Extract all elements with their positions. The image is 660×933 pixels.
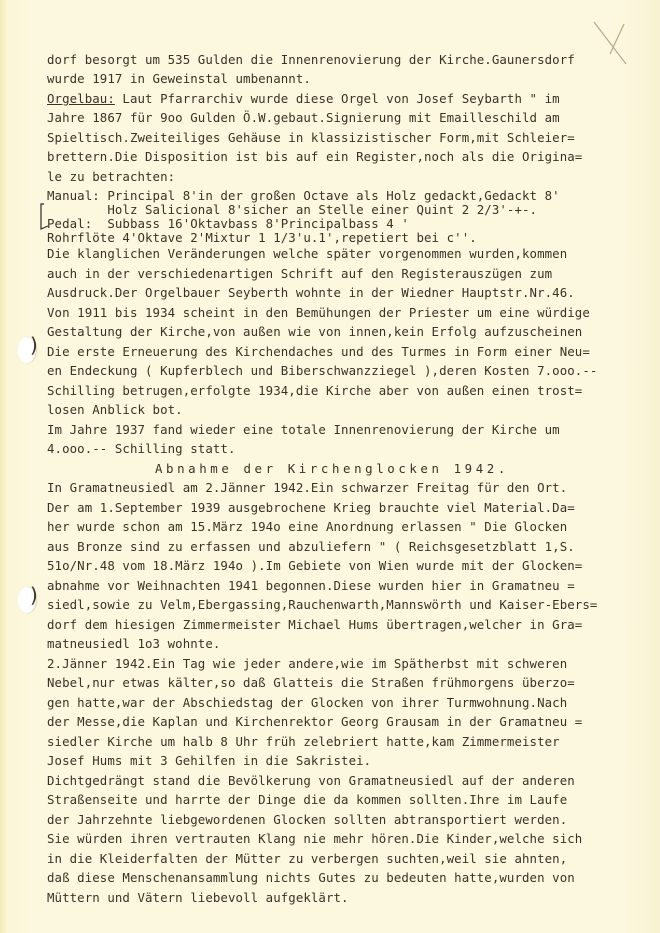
text-line: brettern.Die Disposition ist bis auf ein… xyxy=(47,149,582,165)
text-line: le zu betrachten: xyxy=(47,169,175,185)
text-line: in die Kleiderfalten der Mütter zu verbe… xyxy=(47,851,567,867)
margin-paren-mark-icon: ) xyxy=(30,583,38,607)
document-page: ) ) dorf besorgt um 535 Gulden die Innen… xyxy=(0,0,660,933)
section-heading: Abnahme der Kirchenglocken 1942. xyxy=(155,461,509,477)
text-line: Sie würden ihren vertrauten Klang nie me… xyxy=(47,831,582,847)
text-line: Der am 1.September 1939 ausgebrochene Kr… xyxy=(47,500,575,516)
text-line: Straßenseite und harrte der Dinge die da… xyxy=(47,792,567,808)
text-line: Gestaltung der Kirche,von außen wie von … xyxy=(47,324,582,340)
margin-paren-mark-icon: ) xyxy=(30,333,38,357)
text-line: dorf dem hiesigen Zimmermeister Michael … xyxy=(47,617,582,633)
text-line: Schilling betrugen,erfolgte 1934,die Kir… xyxy=(47,383,582,399)
orgelbau-label: Orgelbau: xyxy=(47,91,115,106)
text-line: Die klanglichen Veränderungen welche spä… xyxy=(47,246,567,262)
text-line: Josef Hums mit 3 Gehilfen in die Sakrist… xyxy=(47,753,371,769)
text-line: Im Jahre 1937 fand wieder eine totale In… xyxy=(47,422,560,438)
text-line: Müttern und Vätern liebevoll aufgeklärt. xyxy=(47,890,349,906)
text-line: aus Bronze sind zu erfassen und abzulief… xyxy=(47,539,575,555)
text-line: abnahme vor Weihnachten 1941 begonnen.Di… xyxy=(47,578,575,594)
text-line: wurde 1917 in Geweinstal umbenannt. xyxy=(47,71,311,87)
text-line-orgelbau: Orgelbau: Laut Pfarrarchiv wurde diese O… xyxy=(47,91,560,107)
text-line: en Endeckung ( Kupferblech und Biberschw… xyxy=(47,363,597,379)
text-line: gen hatte,war der Abschiedstag der Glock… xyxy=(47,695,567,711)
disposition-pedal-cont: Rohrflöte 4'Oktave 2'Mixtur 1 1/3'u.1',r… xyxy=(47,230,477,246)
text-line: Nebel,nur etwas kälter,so daß Glatteis d… xyxy=(47,675,575,691)
text-line: dorf besorgt um 535 Gulden die Innenreno… xyxy=(47,52,575,68)
text-span: Laut Pfarrarchiv wurde diese Orgel von J… xyxy=(122,91,559,106)
text-line: siedler Kirche um halb 8 Uhr früh zelebr… xyxy=(47,734,560,750)
text-line: der Messe,die Kaplan und Kirchenrektor G… xyxy=(47,714,582,730)
pencil-x-mark-icon xyxy=(590,18,630,68)
text-line: 4.ooo.-- Schilling statt. xyxy=(47,441,236,457)
text-line: daß diese Menschenansammlung nichts Gute… xyxy=(47,870,575,886)
text-line: Dichtgedrängt stand die Bevölkerung von … xyxy=(47,773,575,789)
text-line: auch in der verschiedenartigen Schrift a… xyxy=(47,266,552,282)
text-line: her wurde schon am 15.März 194o eine Ano… xyxy=(47,519,567,535)
text-line: 51o/Nr.48 vom 18.März 194o ).Im Gebiete … xyxy=(47,558,582,574)
text-line: matneusiedl 1o3 wohnte. xyxy=(47,636,220,652)
text-line: der Jahrzehnte liebgewordenen Glocken so… xyxy=(47,812,567,828)
text-line: losen Anblick bot. xyxy=(47,402,183,418)
text-line: Ausdruck.Der Orgelbauer Seyberth wohnte … xyxy=(47,285,575,301)
text-line: Jahre 1867 für 9oo Gulden Ö.W.gebaut.Sig… xyxy=(47,110,560,126)
text-line: 2.Jänner 1942.Ein Tag wie jeder andere,w… xyxy=(47,656,567,672)
text-line: In Gramatneusiedl am 2.Jänner 1942.Ein s… xyxy=(47,480,567,496)
text-line: Von 1911 bis 1934 scheint in den Bemühun… xyxy=(47,305,590,321)
text-line: Spieltisch.Zweiteiliges Gehäuse in klass… xyxy=(47,130,575,146)
text-line: siedl,sowie zu Velm,Ebergassing,Rauchenw… xyxy=(47,597,597,613)
text-line: Die erste Erneuerung des Kirchendaches u… xyxy=(47,344,590,360)
